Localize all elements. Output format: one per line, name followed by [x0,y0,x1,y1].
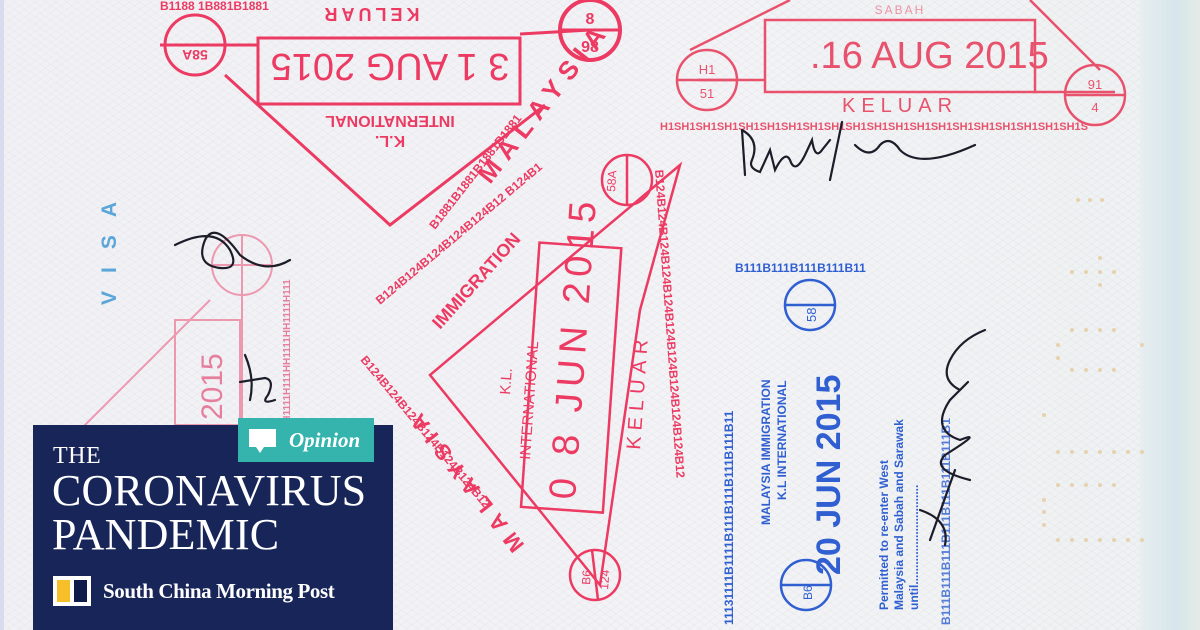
logo-navy-block [74,580,87,602]
svg-text:B111B111B111B111B111B111B111B1: B111B111B111B111B111B111B111B1 [939,418,953,625]
perforation-dots [1042,198,1144,542]
svg-text:H1: H1 [699,62,716,77]
svg-text:58A: 58A [182,47,208,63]
brand-name: South China Morning Post [103,579,334,604]
card-title-line2: PANDEMIC [52,513,366,557]
svg-text:4: 4 [1091,100,1098,115]
svg-text:KELUAR: KELUAR [842,95,958,117]
stamp-kl-exit-jun08: 0 8 JUN 2015 INTERNATIONAL K.L. KELUAR I… [358,155,688,600]
stamp-kl-exit-aug31: 3 1 AUG 2015 INTERNATIONAL K.L. KELUAR M… [160,0,620,232]
svg-text:B6: B6 [801,585,815,600]
svg-text:SABAH: SABAH [875,3,926,17]
svg-text:KELUAR: KELUAR [623,333,653,450]
svg-text:Permitted to re-enter West: Permitted to re-enter West [877,460,891,610]
svg-text:KELUAR: KELUAR [321,4,420,24]
svg-text:K.L INTERNATIONAL: K.L INTERNATIONAL [775,380,789,500]
svg-text:until.........................: until.............................. [907,485,921,610]
logo-yellow-block [57,580,70,602]
svg-text:H1SH1SH1SH1SH1SH1SH1SH1SH1SH1S: H1SH1SH1SH1SH1SH1SH1SH1SH1SH1SH1SH1SH1SH… [660,121,1088,133]
svg-text:91: 91 [1088,77,1102,92]
svg-text:98: 98 [581,39,599,56]
svg-text:K.L.: K.L. [497,367,516,395]
svg-text:INTERNATIONAL: INTERNATIONAL [325,112,455,129]
svg-text:HH1111H111HH1111HH1111H111: HH1111H111HH1111HH1111H111 [282,279,293,430]
svg-text:11131111B1111B111B111B111B111B: 11131111B1111B111B111B111B111B11 [722,410,736,625]
speech-bubble-icon [249,429,276,451]
visa-page-label: VISA [98,184,122,305]
opinion-label: Opinion [289,428,360,453]
svg-text:B111B111B111B111B11: B111B111B111B111B11 [735,261,866,275]
brand-lockup: South China Morning Post [53,576,334,606]
svg-text:124: 124 [597,569,612,590]
svg-text:2015: 2015 [196,353,229,420]
svg-text:0 8 JUN 2015: 0 8 JUN 2015 [542,194,605,501]
svg-text:.16 AUG 2015: .16 AUG 2015 [810,35,1049,77]
svg-text:Malaysia and Sabah and Sarawak: Malaysia and Sabah and Sarawak [892,419,906,610]
svg-text:K.L.: K.L. [375,132,405,149]
svg-text:MALAYSIA IMMIGRATION: MALAYSIA IMMIGRATION [759,379,773,525]
svg-text:3 1 AUG 2015: 3 1 AUG 2015 [271,45,510,87]
opinion-badge: Opinion [238,418,374,462]
svg-text:51: 51 [700,86,714,101]
svg-text:B1188 1B881B1881: B1188 1B881B1881 [160,0,269,13]
svg-text:B6: B6 [579,569,594,585]
svg-text:B124B124B124B124B124B124B124B1: B124B124B124B124B124B124B124B124B124B124… [652,169,688,478]
svg-text:58: 58 [804,308,819,322]
stamp-kl-entry-blue: B111B111B111B111B11 11131111B1111B111B11… [722,261,953,625]
card-title: CORONAVIRUS PANDEMIC [52,469,366,557]
card-title-line1: CORONAVIRUS [52,469,366,513]
svg-text:8: 8 [586,11,595,28]
svg-text:20 JUN 2015: 20 JUN 2015 [810,375,848,575]
svg-text:INTERNATIONAL: INTERNATIONAL [517,340,542,460]
stamp-sabah-exit-aug16: .16 AUG 2015 KELUAR SABAH H1 51 91 4 H1S… [660,0,1125,133]
svg-text:58A: 58A [604,170,619,192]
scmp-logo-icon [53,576,91,606]
